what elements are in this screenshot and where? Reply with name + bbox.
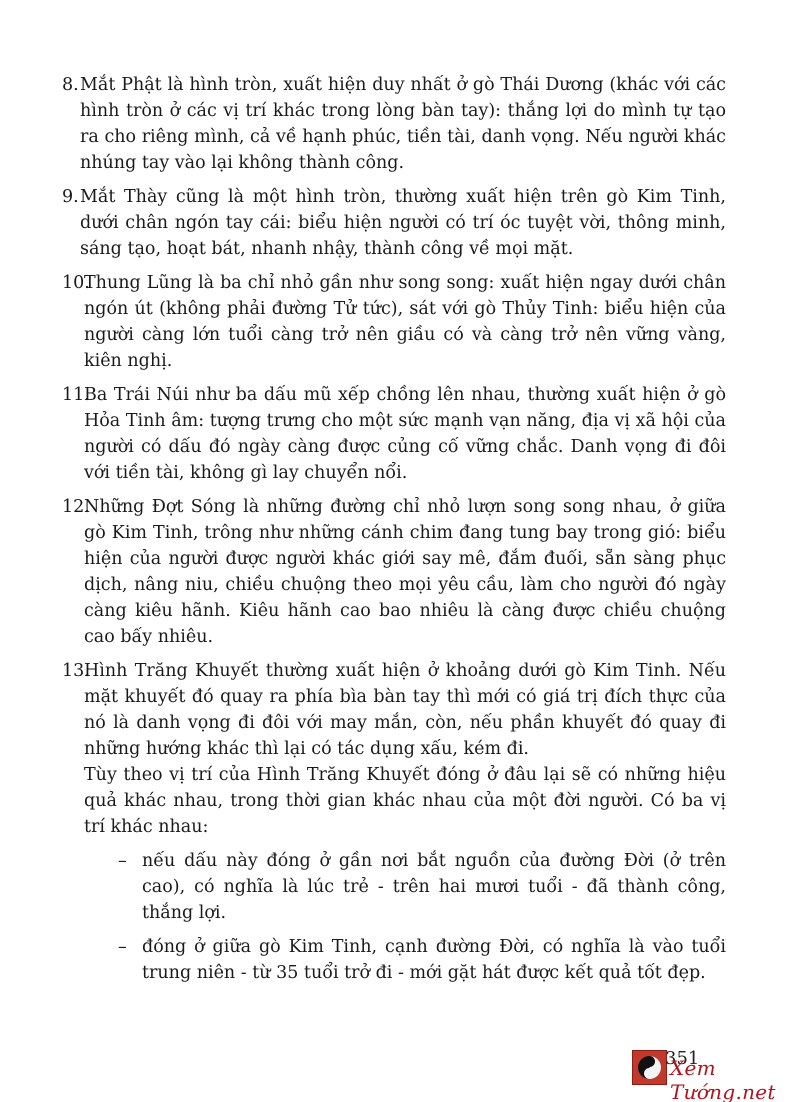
item-text: Mắt Thày cũng là một hình tròn, thường x…: [80, 184, 726, 262]
list-item-8: 8. Mắt Phật là hình tròn, xuất hiện duy …: [62, 72, 726, 176]
yin-yang-icon: [632, 1050, 667, 1085]
bullet-text: nếu dấu này đóng ở gần nơi bắt nguồn của…: [142, 851, 726, 923]
item-text: Những Đợt Sóng là những đường chỉ nhỏ lư…: [84, 494, 726, 650]
bullet-item: – đóng ở giữa gò Kim Tinh, cạnh đường Đờ…: [118, 934, 726, 986]
list-item-10: 10. Thung Lũng là ba chỉ nhỏ gần như son…: [62, 270, 726, 374]
watermark-brand: Xem Tướng.net: [670, 1056, 800, 1102]
item-number: 8.: [62, 72, 79, 98]
item-text: Ba Trái Núi như ba dấu mũ xếp chồng lên …: [84, 382, 726, 486]
item-continuation: Tùy theo vị trí của Hình Trăng Khuyết đó…: [84, 762, 726, 840]
dash-marker: –: [118, 934, 127, 960]
bullet-item: – nếu dấu này đóng ở gần nơi bắt nguồn c…: [118, 848, 726, 926]
list-item-12: 12. Những Đợt Sóng là những đường chỉ nh…: [62, 494, 726, 650]
item-number: 9.: [62, 184, 79, 210]
item-number: 13.: [62, 658, 90, 684]
list-item-13: 13. Hình Trăng Khuyết thường xuất hiện ở…: [62, 658, 726, 840]
item-number: 10.: [62, 270, 90, 296]
list-item-11: 11. Ba Trái Núi như ba dấu mũ xếp chồng …: [62, 382, 726, 486]
list-item-9: 9. Mắt Thày cũng là một hình tròn, thườn…: [62, 184, 726, 262]
dash-marker: –: [118, 848, 127, 874]
bullet-text: đóng ở giữa gò Kim Tinh, cạnh đường Đời,…: [142, 937, 726, 983]
book-page: 8. Mắt Phật là hình tròn, xuất hiện duy …: [62, 72, 726, 994]
item-text: Hình Trăng Khuyết thường xuất hiện ở kho…: [84, 658, 726, 762]
item-text: Thung Lũng là ba chỉ nhỏ gần như song so…: [84, 270, 726, 374]
item-number: 12.: [62, 494, 90, 520]
item-text: Mắt Phật là hình tròn, xuất hiện duy nhấ…: [80, 72, 726, 176]
item-number: 11.: [62, 382, 90, 408]
page-footer: 351 Xem Tướng.net: [632, 1050, 800, 1090]
bullet-list: – nếu dấu này đóng ở gần nơi bắt nguồn c…: [62, 848, 726, 986]
